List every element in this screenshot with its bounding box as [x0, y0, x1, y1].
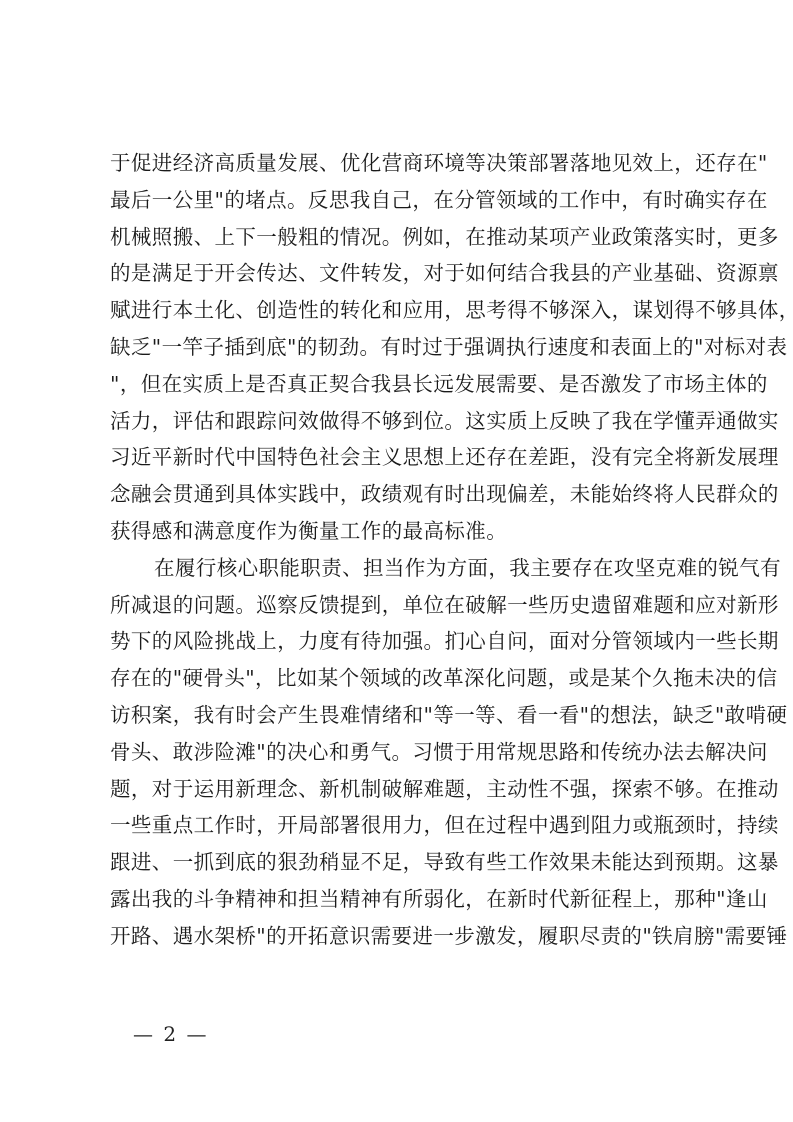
text-line: 骨头、敢涉险滩"的决心和勇气。习惯于用常规思路和传统办法去解决问 [110, 734, 696, 771]
paragraph-2: 在履行核心职能职责、担当作为方面，我主要存在攻坚克难的锐气有 所减退的问题。巡察… [110, 550, 696, 955]
text-line: 开路、遇水架桥"的开拓意识需要进一步激发，履职尽责的"铁肩膀"需要锤 [110, 918, 696, 955]
text-line: 势下的风险挑战上，力度有待加强。扪心自问，面对分管领域内一些长期 [110, 623, 696, 660]
text-line: 的是满足于开会传达、文件转发，对于如何结合我县的产业基础、资源禀 [110, 255, 696, 292]
text-line: 所减退的问题。巡察反馈提到，单位在破解一些历史遗留难题和应对新形 [110, 587, 696, 624]
text-line: 露出我的斗争精神和担当精神有所弱化，在新时代新征程上，那种"逢山 [110, 881, 696, 918]
text-line: 活力，评估和跟踪问效做得不够到位。这实质上反映了我在学懂弄通做实 [110, 403, 696, 440]
text-line: 访积案，我有时会产生畏难情绪和"等一等、看一看"的想法，缺乏"敢啃硬 [110, 697, 696, 734]
text-line: 习近平新时代中国特色社会主义思想上还存在差距，没有完全将新发展理 [110, 439, 696, 476]
text-line: 跟进、一抓到底的狠劲稍显不足，导致有些工作效果未能达到预期。这暴 [110, 844, 696, 881]
text-line: 存在的"硬骨头"，比如某个领域的改革深化问题，或是某个久拖未决的信 [110, 660, 696, 697]
text-line: 在履行核心职能职责、担当作为方面，我主要存在攻坚克难的锐气有 [110, 550, 696, 587]
paragraph-1: 于促进经济高质量发展、优化营商环境等决策部署落地见效上，还存在" 最后一公里"的… [110, 145, 696, 550]
text-line: 于促进经济高质量发展、优化营商环境等决策部署落地见效上，还存在" [110, 145, 696, 182]
text-line: 赋进行本土化、创造性的转化和应用，思考得不够深入，谋划得不够具体， [110, 292, 696, 329]
text-line: 获得感和满意度作为衡量工作的最高标准。 [110, 513, 696, 550]
text-line: 缺乏"一竿子插到底"的韧劲。有时过于强调执行速度和表面上的"对标对表 [110, 329, 696, 366]
text-line: "，但在实质上是否真正契合我县长远发展需要、是否激发了市场主体的 [110, 366, 696, 403]
text-line: 最后一公里"的堵点。反思我自己，在分管领域的工作中，有时确实存在 [110, 182, 696, 219]
text-line: 念融会贯通到具体实践中，政绩观有时出现偏差，未能始终将人民群众的 [110, 476, 696, 513]
text-line: 一些重点工作时，开局部署很用力，但在过程中遇到阻力或瓶颈时，持续 [110, 807, 696, 844]
text-line: 题，对于运用新理念、新机制破解难题，主动性不强，探索不够。在推动 [110, 771, 696, 808]
body-text: 于促进经济高质量发展、优化营商环境等决策部署落地见效上，还存在" 最后一公里"的… [110, 145, 696, 955]
document-page: 于促进经济高质量发展、优化营商环境等决策部署落地见效上，还存在" 最后一公里"的… [0, 0, 793, 1122]
page-number: — 2 — [133, 1022, 208, 1046]
text-line: 机械照搬、上下一般粗的情况。例如，在推动某项产业政策落实时，更多 [110, 219, 696, 256]
